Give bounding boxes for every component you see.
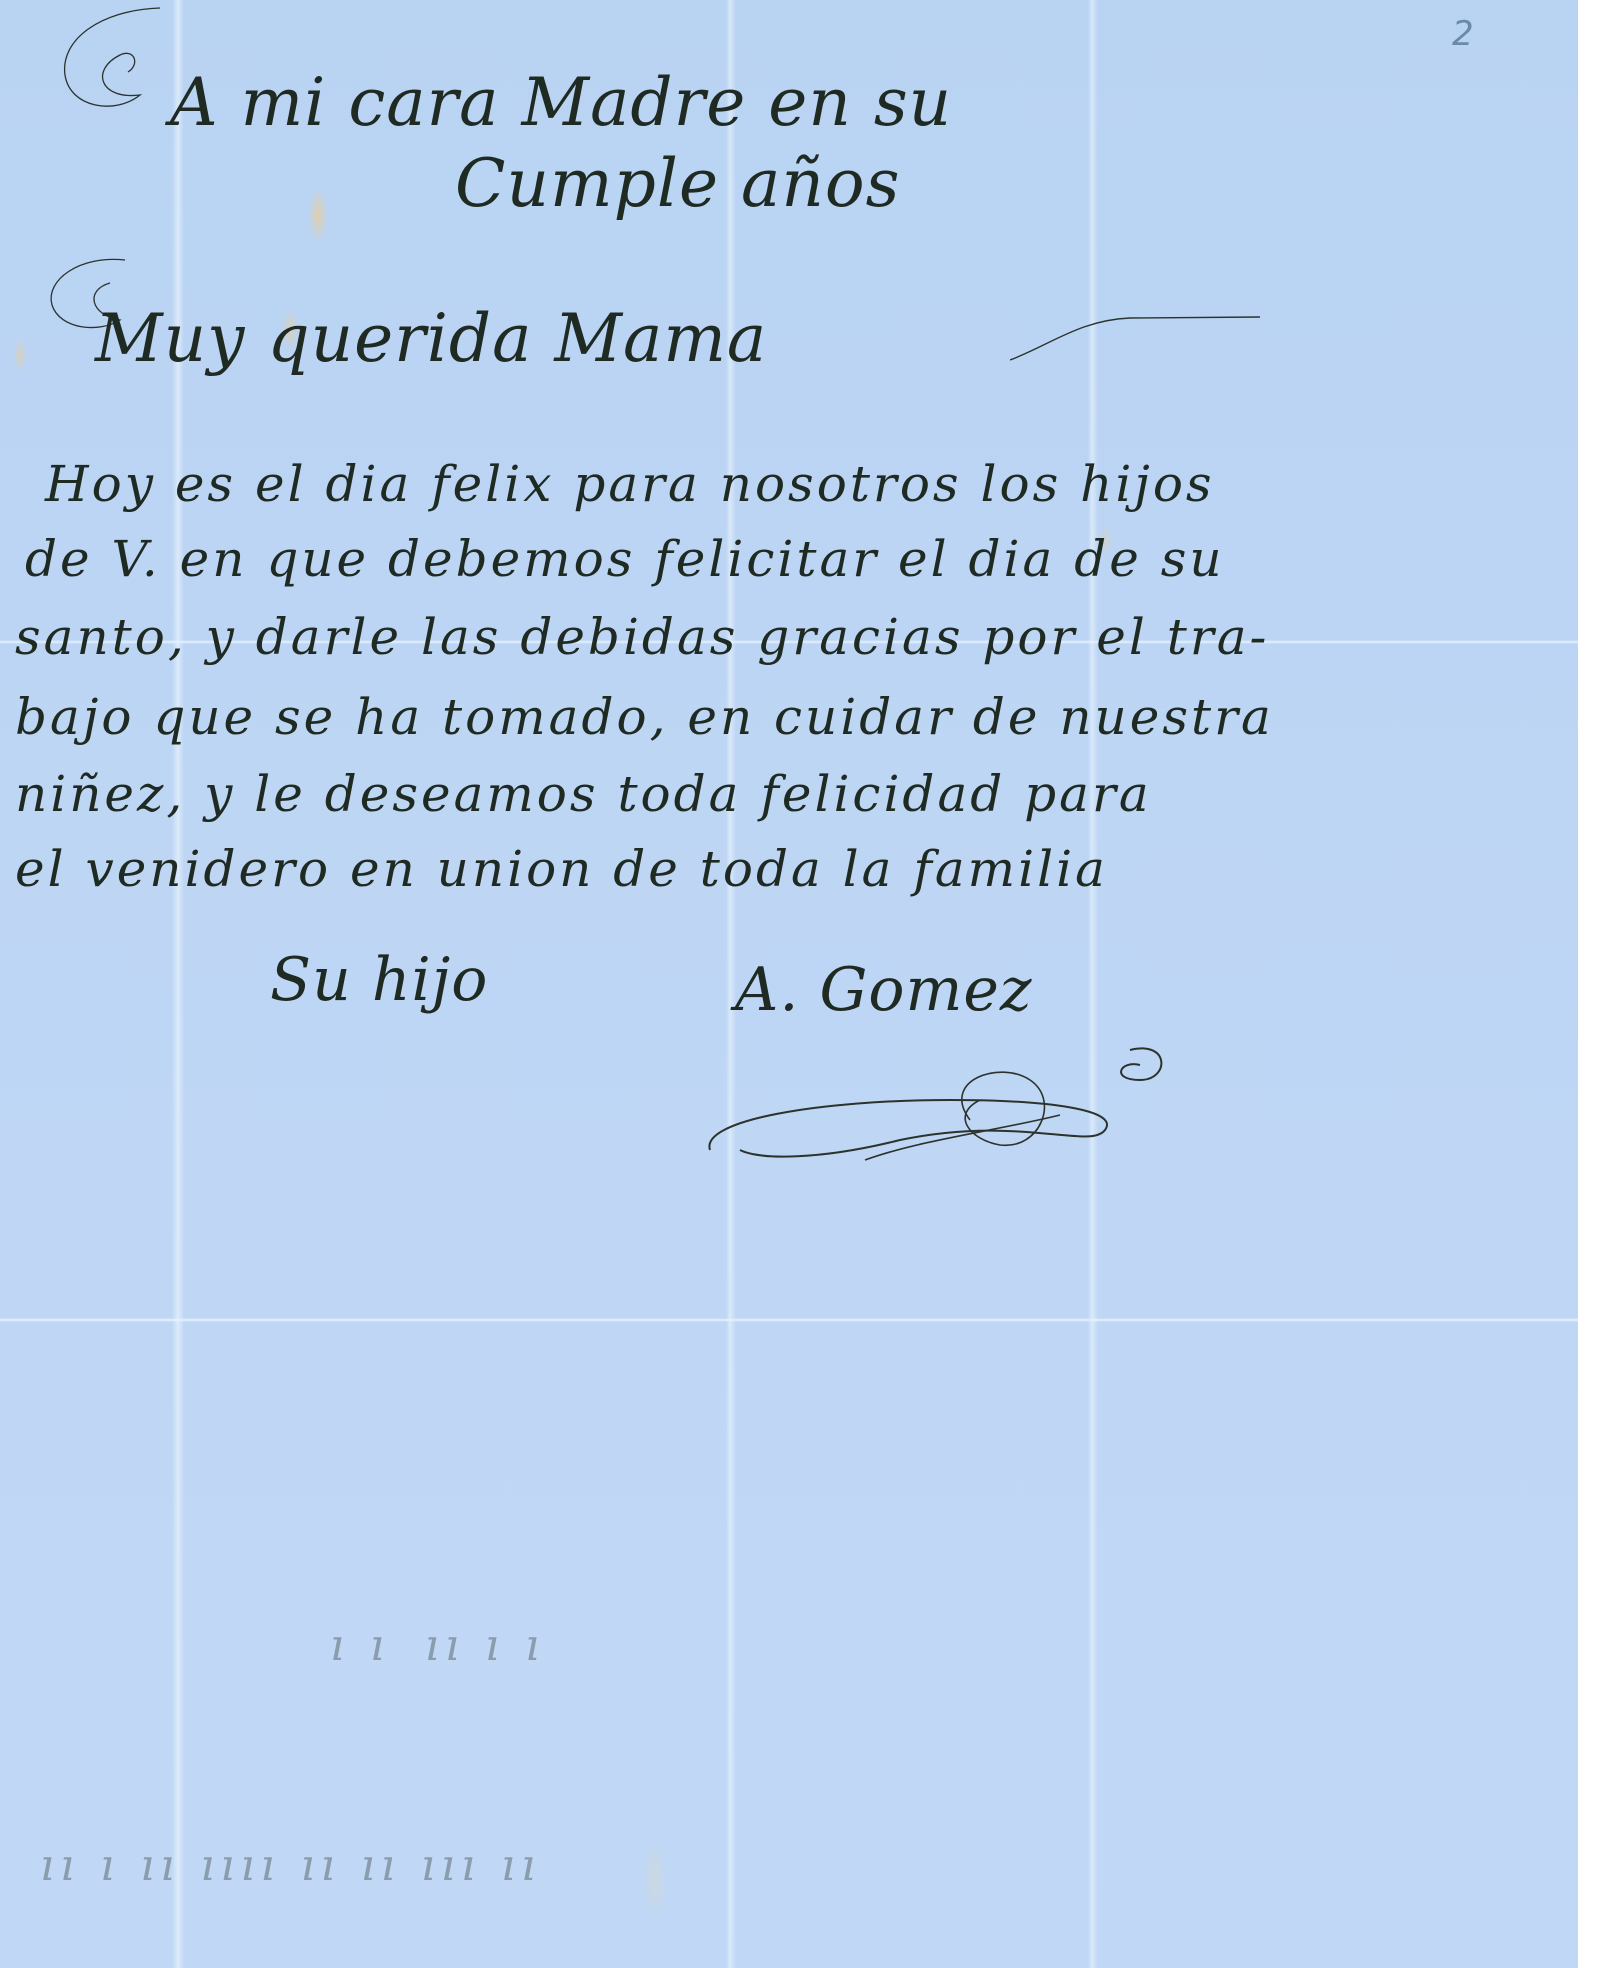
valediction: Su hijo xyxy=(270,945,488,1015)
salutation-tail-icon xyxy=(1010,315,1270,365)
bleed-through-text: ıı ı ıı ıııı ıı ıı ııı ıı xyxy=(40,1840,541,1891)
body-line: niñez, y le deseamos toda felicidad para xyxy=(15,765,1152,823)
body-line: el venidero en union de toda la familia xyxy=(15,840,1108,898)
signature: A. Gomez xyxy=(735,955,1033,1025)
body-line: de V. en que debemos felicitar el dia de… xyxy=(25,530,1225,588)
bleed-through-text: ı ı ıı ı ı xyxy=(330,1620,545,1671)
heading-flourish-icon xyxy=(40,0,180,120)
heading-line-2: Cumple años xyxy=(455,145,900,222)
salutation: Muy querida Mama xyxy=(95,300,767,377)
heading-line-1: A mi cara Madre en su xyxy=(170,64,952,141)
page-number: 2 xyxy=(1452,14,1474,54)
body-line: santo, y darle las debidas gracias por e… xyxy=(15,608,1269,666)
body-line: Hoy es el dia felix para nosotros los hi… xyxy=(45,455,1215,513)
fold-crease xyxy=(0,1318,1578,1322)
letter-paper: 2 A mi cara Madre en su Cumple años Muy … xyxy=(0,0,1578,1968)
body-line: bajo que se ha tomado, en cuidar de nues… xyxy=(15,688,1274,746)
signature-rubric-icon xyxy=(700,1020,1180,1170)
